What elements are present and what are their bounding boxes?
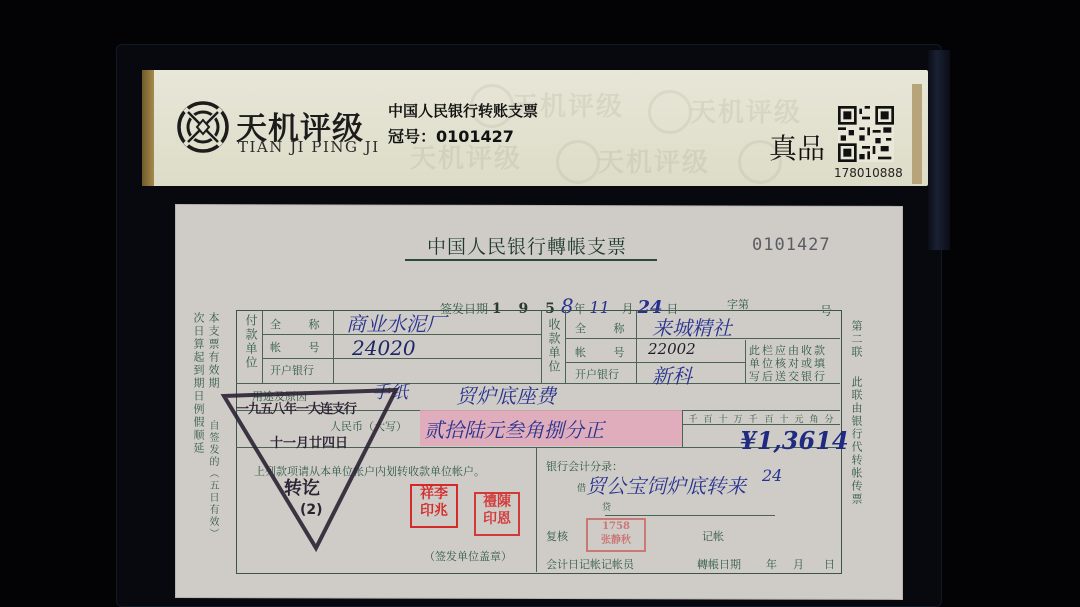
check-serial: 0101427 xyxy=(752,235,831,255)
item-title: 中国人民银行转账支票 xyxy=(388,100,538,121)
payee-name-label: 全 称 xyxy=(575,320,637,336)
credit-label: 贷 xyxy=(602,500,611,513)
footer-day: 日 xyxy=(824,556,835,572)
payee-name-value: 来城精社 xyxy=(652,312,732,341)
seal-text: 1758 xyxy=(588,520,644,534)
grader-logo-icon xyxy=(176,100,230,154)
seal-text: 张静秋 xyxy=(588,534,644,548)
review-label: 复核 xyxy=(546,528,568,544)
qr-code-icon[interactable] xyxy=(838,106,894,162)
seal-text: 印兆 xyxy=(412,503,456,520)
footer-clerk-label: 会计日记帐记帐员 xyxy=(546,556,634,572)
red-seal-chen: 禮陳 印恩 xyxy=(474,492,520,536)
item-serial: 冠号：0101427 xyxy=(388,124,514,147)
watermark-text: 天机评级 xyxy=(598,142,710,179)
holder-edge xyxy=(928,50,950,250)
debit-label: 借 xyxy=(577,481,586,494)
payee-account-label: 帐 号 xyxy=(575,344,637,360)
validity-note-2: 次日算起到期日例假顺延 xyxy=(190,312,206,455)
payer-account-value: 24020 xyxy=(352,336,416,360)
copy-purpose: 此联由银行代转帐传票 xyxy=(848,376,864,506)
accounting-handwriting: 贸公宝饲炉底转来 xyxy=(586,470,746,499)
bookkeeping-label: 记帐 xyxy=(702,528,724,544)
watermark-text: 天机评级 xyxy=(690,92,802,129)
payee-section-label: 收款单位 xyxy=(546,318,563,374)
grader-brand-pinyin: TIAN JI PING JI xyxy=(238,138,380,156)
validity-note-3: 自签发的（五日有效） xyxy=(205,420,220,540)
amount-figure: ¥1,3614 xyxy=(740,426,849,455)
transfer-date-label: 轉帳日期 xyxy=(697,556,741,572)
payer-name-label: 全 称 xyxy=(270,316,332,332)
payee-fill-note: 此栏应由收款单位核对或填写后送交银行 xyxy=(749,344,837,383)
payer-name-value: 商业水泥厂 xyxy=(346,308,446,337)
unit-label: 分 xyxy=(820,412,838,425)
seal-text: 祥李 xyxy=(412,486,456,503)
purpose-value: 贸炉底座费 xyxy=(456,380,556,409)
amount-words-value: 贰拾陆元叁角捌分正 xyxy=(424,414,604,443)
payer-section-label: 付款单位 xyxy=(243,314,260,370)
watermark-logo-icon xyxy=(556,140,600,184)
payee-bank-label: 开户银行 xyxy=(575,366,619,382)
seal-text: 印恩 xyxy=(476,511,518,528)
payee-account-value: 22002 xyxy=(648,340,696,358)
validity-note: 本支票有效期 xyxy=(205,312,221,390)
title-underline xyxy=(405,259,657,261)
issuer-seal-caption: （签发单位盖章） xyxy=(424,548,512,564)
label-gold-strip-right xyxy=(912,84,922,184)
check-title: 中国人民银行轉帳支票 xyxy=(427,232,627,259)
footer-year: 年 xyxy=(766,556,777,572)
footer-month: 月 xyxy=(793,556,804,572)
payee-bank-value: 新科 xyxy=(652,360,692,389)
watermark-logo-icon xyxy=(648,90,692,134)
stamp-line-3: 转讫 xyxy=(284,474,320,500)
red-seal-reviewer: 1758 张静秋 xyxy=(586,518,646,552)
label-gold-strip xyxy=(142,70,154,186)
stamp-line-2: 十一月廿四日 xyxy=(270,432,348,451)
authenticity-label: 真品 xyxy=(769,127,825,167)
certificate-number: 178010888 xyxy=(834,166,903,180)
accounting-note: 24 xyxy=(762,466,782,485)
stamp-line-1: 一九五八年一大连支行 xyxy=(236,398,356,417)
copy-number: 第二联 xyxy=(848,320,864,359)
payer-account-label: 帐 号 xyxy=(270,339,332,355)
payer-bank-label: 开户银行 xyxy=(270,362,314,378)
stamp-number: (2) xyxy=(300,502,323,518)
seal-text: 禮陳 xyxy=(476,494,518,511)
red-seal-li: 祥李 印兆 xyxy=(410,484,458,528)
